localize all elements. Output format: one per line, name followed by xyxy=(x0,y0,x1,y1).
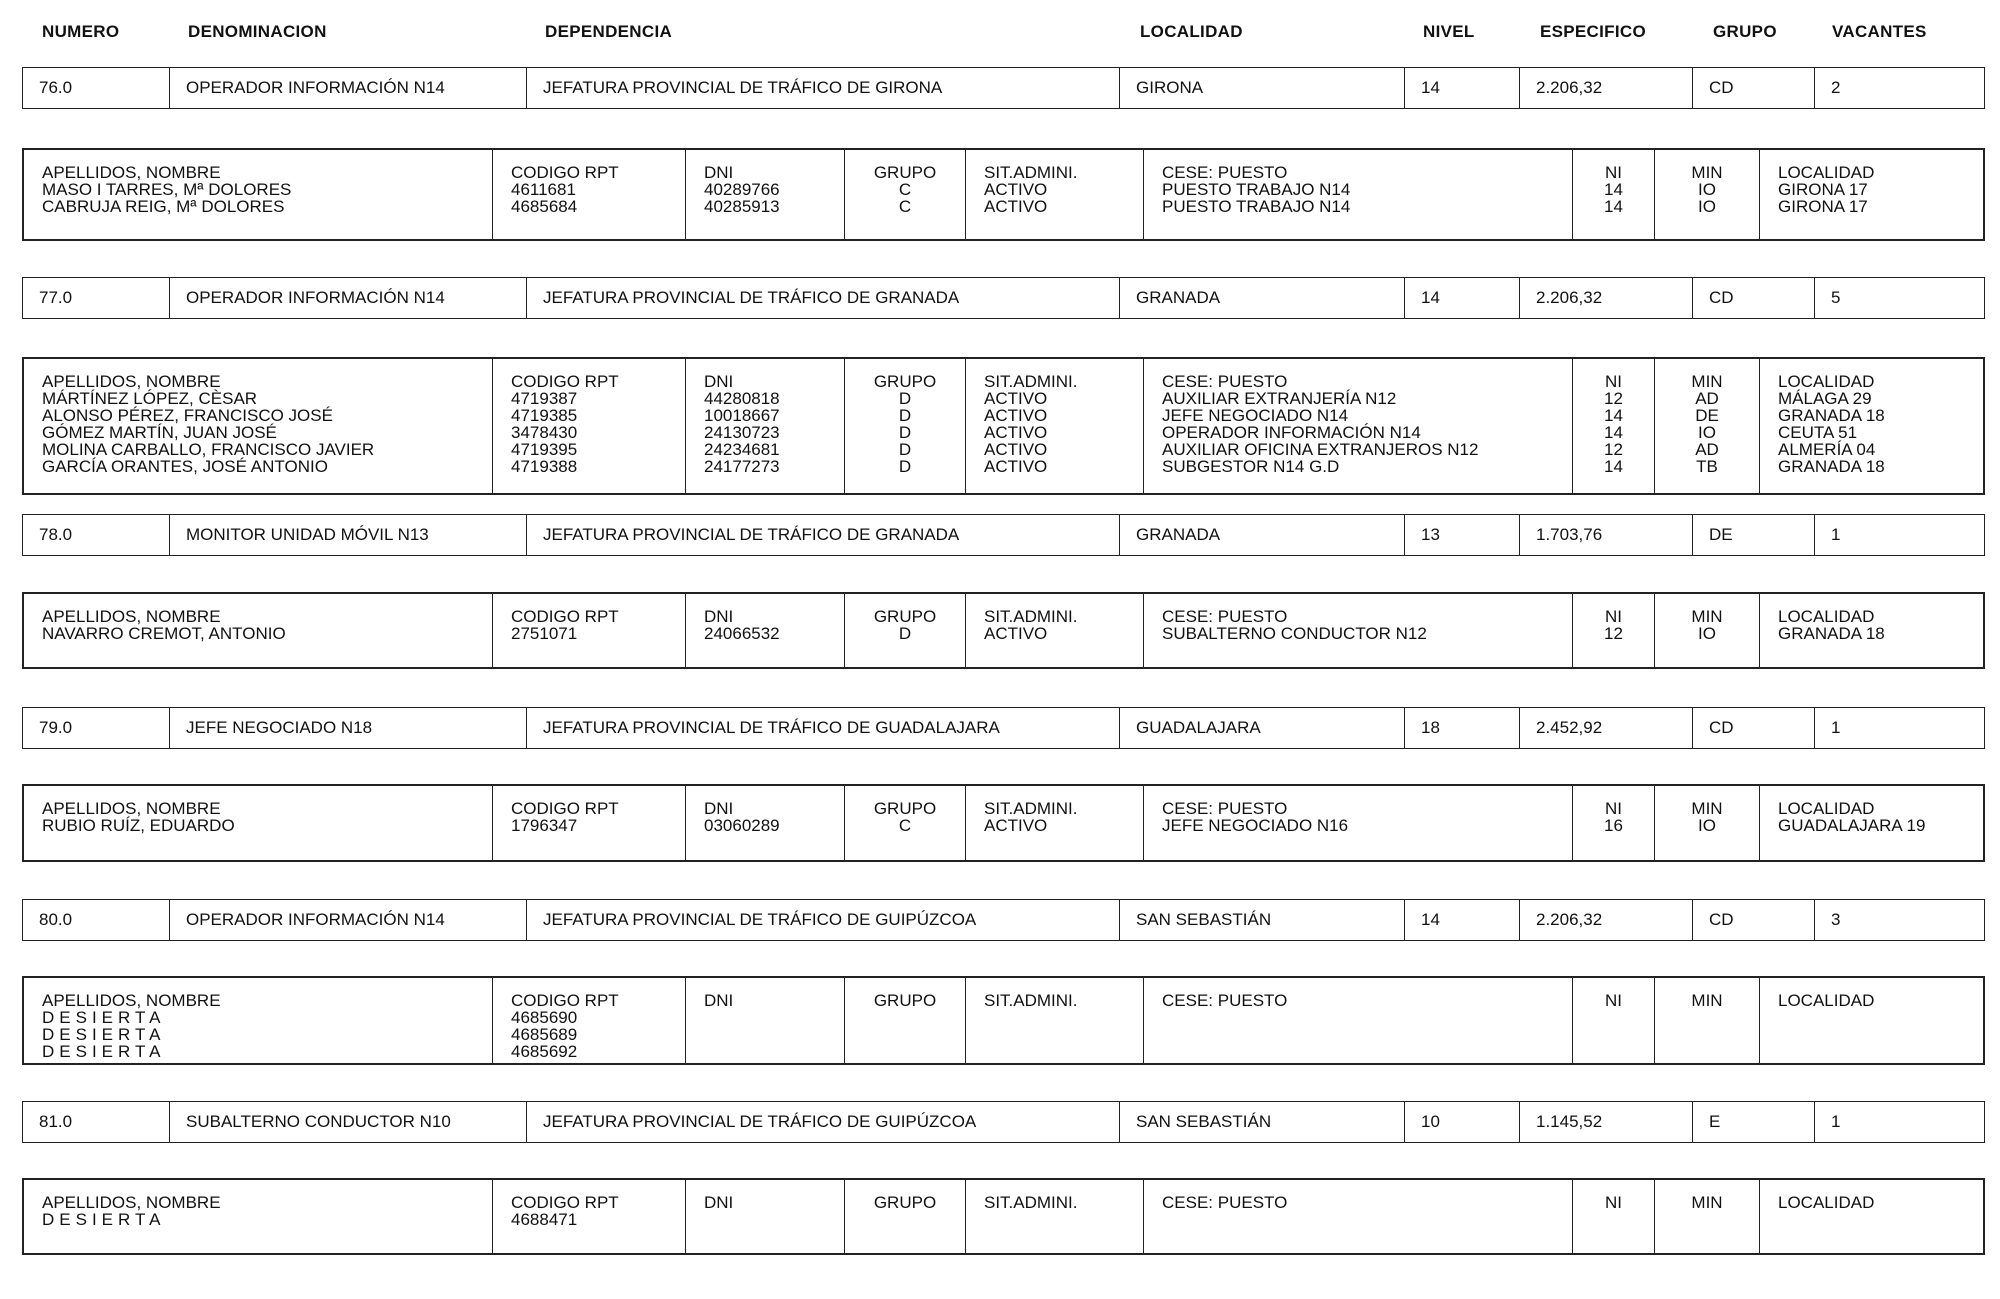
detail-col-grupo: GRUPOC xyxy=(844,786,965,860)
detail-value-min: DE xyxy=(1655,407,1759,424)
detail-col-grupo: GRUPO xyxy=(844,1180,965,1253)
detail-value-localidad: ALMERÍA 04 xyxy=(1778,441,1987,458)
detail-header-sit: SIT.ADMINI. xyxy=(984,164,1143,181)
detail-value-apellidos: DESIERTA xyxy=(42,1026,492,1043)
detail-col-min: MINIOIO xyxy=(1654,150,1759,239)
detail-header-apellidos: APELLIDOS, NOMBRE xyxy=(42,992,492,1009)
job-cell-localidad: SAN SEBASTIÁN xyxy=(1119,1102,1404,1142)
detail-value-apellidos: DESIERTA xyxy=(42,1211,492,1228)
detail-col-cese: CESE: PUESTO xyxy=(1143,1180,1572,1253)
detail-col-apellidos: APELLIDOS, NOMBREMASO I TARRES, Mª DOLOR… xyxy=(24,150,492,239)
detail-header-codigo: CODIGO RPT xyxy=(511,608,685,625)
header-localidad: LOCALIDAD xyxy=(1140,22,1243,42)
detail-header-apellidos: APELLIDOS, NOMBRE xyxy=(42,800,492,817)
detail-value-grupo: D xyxy=(845,390,965,407)
detail-value-codigo: 4688471 xyxy=(511,1211,685,1228)
detail-col-sit: SIT.ADMINI.ACTIVOACTIVO xyxy=(965,150,1143,239)
job-cell-localidad: GRANADA xyxy=(1119,515,1404,555)
detail-value-ni: 14 xyxy=(1573,407,1654,424)
detail-value-cese: JEFE NEGOCIADO N14 xyxy=(1162,407,1572,424)
job-cell-numero: 77.0 xyxy=(23,278,169,318)
job-cell-localidad: GIRONA xyxy=(1119,68,1404,108)
detail-value-localidad: MÁLAGA 29 xyxy=(1778,390,1987,407)
detail-value-cese: PUESTO TRABAJO N14 xyxy=(1162,181,1572,198)
detail-value-ni: 12 xyxy=(1573,441,1654,458)
job-cell-grupo: DE xyxy=(1692,515,1814,555)
job-cell-vacantes: 1 xyxy=(1814,1102,1986,1142)
detail-value-sit: ACTIVO xyxy=(984,407,1143,424)
detail-header-min: MIN xyxy=(1655,373,1759,390)
detail-value-localidad: GRANADA 18 xyxy=(1778,625,1987,642)
detail-value-cese: AUXILIAR EXTRANJERÍA N12 xyxy=(1162,390,1572,407)
detail-value-ni: 12 xyxy=(1573,625,1654,642)
staff-detail-table: APELLIDOS, NOMBRERUBIO RUÍZ, EDUARDOCODI… xyxy=(22,784,1985,862)
detail-header-sit: SIT.ADMINI. xyxy=(984,992,1143,1009)
detail-value-grupo: D xyxy=(845,458,965,475)
job-cell-denominacion: OPERADOR INFORMACIÓN N14 xyxy=(169,68,526,108)
detail-value-ni: 14 xyxy=(1573,198,1654,215)
job-cell-nivel: 14 xyxy=(1404,900,1519,940)
job-cell-numero: 76.0 xyxy=(23,68,169,108)
detail-value-cese: SUBGESTOR N14 G.D xyxy=(1162,458,1572,475)
job-cell-grupo: CD xyxy=(1692,708,1814,748)
detail-value-min: IO xyxy=(1655,424,1759,441)
detail-header-grupo: GRUPO xyxy=(845,992,965,1009)
job-cell-denominacion: OPERADOR INFORMACIÓN N14 xyxy=(169,278,526,318)
detail-header-cese: CESE: PUESTO xyxy=(1162,992,1572,1009)
detail-col-codigo: CODIGO RPT468569046856894685692 xyxy=(492,978,685,1063)
staff-detail-table: APELLIDOS, NOMBREMASO I TARRES, Mª DOLOR… xyxy=(22,148,1985,241)
job-cell-localidad: SAN SEBASTIÁN xyxy=(1119,900,1404,940)
detail-col-codigo: CODIGO RPT4688471 xyxy=(492,1180,685,1253)
header-numero: NUMERO xyxy=(42,22,119,42)
detail-header-codigo: CODIGO RPT xyxy=(511,373,685,390)
job-cell-nivel: 10 xyxy=(1404,1102,1519,1142)
detail-value-cese: PUESTO TRABAJO N14 xyxy=(1162,198,1572,215)
detail-value-sit: ACTIVO xyxy=(984,424,1143,441)
detail-value-grupo: D xyxy=(845,407,965,424)
detail-header-apellidos: APELLIDOS, NOMBRE xyxy=(42,164,492,181)
detail-col-codigo: CODIGO RPT46116814685684 xyxy=(492,150,685,239)
detail-col-sit: SIT.ADMINI.ACTIVO xyxy=(965,786,1143,860)
detail-header-min: MIN xyxy=(1655,608,1759,625)
detail-col-cese: CESE: PUESTOJEFE NEGOCIADO N16 xyxy=(1143,786,1572,860)
job-cell-especifico: 2.206,32 xyxy=(1519,278,1692,318)
detail-header-cese: CESE: PUESTO xyxy=(1162,1194,1572,1211)
detail-header-min: MIN xyxy=(1655,992,1759,1009)
detail-col-codigo: CODIGO RPT471938747193853478430471939547… xyxy=(492,359,685,493)
job-cell-localidad: GRANADA xyxy=(1119,278,1404,318)
detail-header-localidad: LOCALIDAD xyxy=(1778,1194,1987,1211)
job-cell-vacantes: 5 xyxy=(1814,278,1986,318)
detail-header-localidad: LOCALIDAD xyxy=(1778,164,1987,181)
detail-value-dni: 44280818 xyxy=(704,390,844,407)
detail-col-codigo: CODIGO RPT2751071 xyxy=(492,594,685,667)
detail-col-codigo: CODIGO RPT1796347 xyxy=(492,786,685,860)
job-cell-numero: 79.0 xyxy=(23,708,169,748)
detail-header-localidad: LOCALIDAD xyxy=(1778,373,1987,390)
detail-header-sit: SIT.ADMINI. xyxy=(984,1194,1143,1211)
detail-value-localidad: GRANADA 18 xyxy=(1778,458,1987,475)
detail-header-dni: DNI xyxy=(704,608,844,625)
job-cell-especifico: 2.206,32 xyxy=(1519,900,1692,940)
detail-header-localidad: LOCALIDAD xyxy=(1778,992,1987,1009)
job-cell-dependencia: JEFATURA PROVINCIAL DE TRÁFICO DE GIRONA xyxy=(526,68,1119,108)
detail-header-apellidos: APELLIDOS, NOMBRE xyxy=(42,1194,492,1211)
staff-detail-table: APELLIDOS, NOMBREDESIERTACODIGO RPT46884… xyxy=(22,1178,1985,1255)
detail-header-ni: NI xyxy=(1573,800,1654,817)
detail-value-codigo: 1796347 xyxy=(511,817,685,834)
detail-header-min: MIN xyxy=(1655,1194,1759,1211)
job-cell-dependencia: JEFATURA PROVINCIAL DE TRÁFICO DE GUADAL… xyxy=(526,708,1119,748)
detail-header-grupo: GRUPO xyxy=(845,608,965,625)
detail-value-codigo: 4719387 xyxy=(511,390,685,407)
detail-value-codigo: 4719385 xyxy=(511,407,685,424)
detail-header-cese: CESE: PUESTO xyxy=(1162,373,1572,390)
detail-value-cese: AUXILIAR OFICINA EXTRANJEROS N12 xyxy=(1162,441,1572,458)
job-cell-grupo: E xyxy=(1692,1102,1814,1142)
detail-header-ni: NI xyxy=(1573,608,1654,625)
job-cell-especifico: 1.703,76 xyxy=(1519,515,1692,555)
staff-detail-table: APELLIDOS, NOMBREMÁRTÍNEZ LÓPEZ, CÈSARAL… xyxy=(22,357,1985,495)
detail-header-min: MIN xyxy=(1655,164,1759,181)
detail-value-cese: JEFE NEGOCIADO N16 xyxy=(1162,817,1572,834)
detail-header-codigo: CODIGO RPT xyxy=(511,992,685,1009)
detail-value-dni: 24066532 xyxy=(704,625,844,642)
detail-col-dni: DNI03060289 xyxy=(685,786,844,860)
detail-value-grupo: C xyxy=(845,198,965,215)
job-row: 76.0OPERADOR INFORMACIÓN N14JEFATURA PRO… xyxy=(22,67,1985,109)
job-cell-dependencia: JEFATURA PROVINCIAL DE TRÁFICO DE GRANAD… xyxy=(526,515,1119,555)
detail-value-apellidos: NAVARRO CREMOT, ANTONIO xyxy=(42,625,492,642)
job-cell-denominacion: SUBALTERNO CONDUCTOR N10 xyxy=(169,1102,526,1142)
detail-col-dni: DNI xyxy=(685,978,844,1063)
detail-col-ni: NI1414 xyxy=(1572,150,1654,239)
job-cell-grupo: CD xyxy=(1692,278,1814,318)
detail-value-ni: 14 xyxy=(1573,458,1654,475)
detail-value-ni: 14 xyxy=(1573,424,1654,441)
job-row: 77.0OPERADOR INFORMACIÓN N14JEFATURA PRO… xyxy=(22,277,1985,319)
detail-value-min: AD xyxy=(1655,390,1759,407)
detail-value-dni: 24234681 xyxy=(704,441,844,458)
detail-value-apellidos: MASO I TARRES, Mª DOLORES xyxy=(42,181,492,198)
header-especifico: ESPECIFICO xyxy=(1540,22,1646,42)
detail-value-grupo: C xyxy=(845,817,965,834)
detail-col-apellidos: APELLIDOS, NOMBREDESIERTADESIERTADESIERT… xyxy=(24,978,492,1063)
detail-value-apellidos: GÓMEZ MARTÍN, JUAN JOSÉ xyxy=(42,424,492,441)
detail-value-grupo: C xyxy=(845,181,965,198)
detail-header-grupo: GRUPO xyxy=(845,800,965,817)
job-row: 78.0MONITOR UNIDAD MÓVIL N13JEFATURA PRO… xyxy=(22,514,1985,556)
detail-col-grupo: GRUPOD xyxy=(844,594,965,667)
detail-value-apellidos: DESIERTA xyxy=(42,1009,492,1026)
detail-header-dni: DNI xyxy=(704,164,844,181)
detail-value-sit: ACTIVO xyxy=(984,198,1143,215)
detail-header-grupo: GRUPO xyxy=(845,373,965,390)
detail-value-min: IO xyxy=(1655,817,1759,834)
detail-col-sit: SIT.ADMINI. xyxy=(965,1180,1143,1253)
detail-col-cese: CESE: PUESTOSUBALTERNO CONDUCTOR N12 xyxy=(1143,594,1572,667)
detail-value-codigo: 3478430 xyxy=(511,424,685,441)
detail-value-dni: 10018667 xyxy=(704,407,844,424)
job-row: 80.0OPERADOR INFORMACIÓN N14JEFATURA PRO… xyxy=(22,899,1985,941)
detail-header-cese: CESE: PUESTO xyxy=(1162,608,1572,625)
job-cell-numero: 81.0 xyxy=(23,1102,169,1142)
detail-value-dni: 24130723 xyxy=(704,424,844,441)
detail-col-grupo: GRUPOCC xyxy=(844,150,965,239)
detail-col-sit: SIT.ADMINI.ACTIVOACTIVOACTIVOACTIVOACTIV… xyxy=(965,359,1143,493)
detail-col-localidad: LOCALIDADGRANADA 18 xyxy=(1759,594,1987,667)
header-denominacion: DENOMINACION xyxy=(188,22,327,42)
job-cell-dependencia: JEFATURA PROVINCIAL DE TRÁFICO DE GUIPÚZ… xyxy=(526,1102,1119,1142)
job-cell-nivel: 18 xyxy=(1404,708,1519,748)
detail-col-localidad: LOCALIDADGIRONA 17GIRONA 17 xyxy=(1759,150,1987,239)
detail-col-min: MINADDEIOADTB xyxy=(1654,359,1759,493)
detail-header-dni: DNI xyxy=(704,373,844,390)
detail-value-ni: 16 xyxy=(1573,817,1654,834)
job-cell-denominacion: MONITOR UNIDAD MÓVIL N13 xyxy=(169,515,526,555)
detail-col-sit: SIT.ADMINI.ACTIVO xyxy=(965,594,1143,667)
detail-header-cese: CESE: PUESTO xyxy=(1162,164,1572,181)
detail-header-codigo: CODIGO RPT xyxy=(511,1194,685,1211)
detail-value-dni: 40289766 xyxy=(704,181,844,198)
detail-col-ni: NI12 xyxy=(1572,594,1654,667)
detail-header-grupo: GRUPO xyxy=(845,164,965,181)
detail-col-apellidos: APELLIDOS, NOMBRENAVARRO CREMOT, ANTONIO xyxy=(24,594,492,667)
job-cell-numero: 78.0 xyxy=(23,515,169,555)
detail-value-codigo: 4685692 xyxy=(511,1043,685,1060)
job-row: 81.0SUBALTERNO CONDUCTOR N10JEFATURA PRO… xyxy=(22,1101,1985,1143)
detail-value-apellidos: CABRUJA REIG, Mª DOLORES xyxy=(42,198,492,215)
detail-col-grupo: GRUPODDDDD xyxy=(844,359,965,493)
job-cell-vacantes: 1 xyxy=(1814,708,1986,748)
detail-value-dni: 40285913 xyxy=(704,198,844,215)
header-nivel: NIVEL xyxy=(1423,22,1475,42)
detail-value-codigo: 4719388 xyxy=(511,458,685,475)
detail-header-dni: DNI xyxy=(704,1194,844,1211)
detail-value-apellidos: RUBIO RUÍZ, EDUARDO xyxy=(42,817,492,834)
job-cell-dependencia: JEFATURA PROVINCIAL DE TRÁFICO DE GUIPÚZ… xyxy=(526,900,1119,940)
job-cell-especifico: 2.452,92 xyxy=(1519,708,1692,748)
detail-value-ni: 14 xyxy=(1573,181,1654,198)
detail-col-min: MIN xyxy=(1654,1180,1759,1253)
detail-col-min: MINIO xyxy=(1654,594,1759,667)
detail-value-apellidos: MOLINA CARBALLO, FRANCISCO JAVIER xyxy=(42,441,492,458)
detail-col-sit: SIT.ADMINI. xyxy=(965,978,1143,1063)
detail-value-cese: OPERADOR INFORMACIÓN N14 xyxy=(1162,424,1572,441)
detail-col-min: MINIO xyxy=(1654,786,1759,860)
detail-value-min: AD xyxy=(1655,441,1759,458)
detail-value-codigo: 4685690 xyxy=(511,1009,685,1026)
detail-header-codigo: CODIGO RPT xyxy=(511,164,685,181)
detail-value-sit: ACTIVO xyxy=(984,817,1143,834)
detail-value-sit: ACTIVO xyxy=(984,390,1143,407)
job-cell-nivel: 14 xyxy=(1404,68,1519,108)
detail-value-cese: SUBALTERNO CONDUCTOR N12 xyxy=(1162,625,1572,642)
detail-value-dni: 03060289 xyxy=(704,817,844,834)
detail-col-ni: NI16 xyxy=(1572,786,1654,860)
detail-value-apellidos: DESIERTA xyxy=(42,1043,492,1060)
detail-header-min: MIN xyxy=(1655,800,1759,817)
job-cell-vacantes: 2 xyxy=(1814,68,1986,108)
header-grupo: GRUPO xyxy=(1713,22,1777,42)
detail-value-dni: 24177273 xyxy=(704,458,844,475)
detail-col-dni: DNI4028976640285913 xyxy=(685,150,844,239)
detail-value-ni: 12 xyxy=(1573,390,1654,407)
job-cell-vacantes: 1 xyxy=(1814,515,1986,555)
detail-header-sit: SIT.ADMINI. xyxy=(984,373,1143,390)
detail-col-ni: NI1214141214 xyxy=(1572,359,1654,493)
detail-value-sit: ACTIVO xyxy=(984,458,1143,475)
detail-col-cese: CESE: PUESTOPUESTO TRABAJO N14PUESTO TRA… xyxy=(1143,150,1572,239)
detail-value-codigo: 2751071 xyxy=(511,625,685,642)
job-row: 79.0JEFE NEGOCIADO N18JEFATURA PROVINCIA… xyxy=(22,707,1985,749)
detail-col-apellidos: APELLIDOS, NOMBRERUBIO RUÍZ, EDUARDO xyxy=(24,786,492,860)
job-cell-nivel: 13 xyxy=(1404,515,1519,555)
detail-col-localidad: LOCALIDADMÁLAGA 29GRANADA 18CEUTA 51ALME… xyxy=(1759,359,1987,493)
job-cell-especifico: 2.206,32 xyxy=(1519,68,1692,108)
detail-value-grupo: D xyxy=(845,441,965,458)
detail-col-ni: NI xyxy=(1572,978,1654,1063)
detail-col-apellidos: APELLIDOS, NOMBREDESIERTA xyxy=(24,1180,492,1253)
job-cell-vacantes: 3 xyxy=(1814,900,1986,940)
detail-value-sit: ACTIVO xyxy=(984,181,1143,198)
job-cell-numero: 80.0 xyxy=(23,900,169,940)
detail-value-localidad: GIRONA 17 xyxy=(1778,198,1987,215)
detail-header-ni: NI xyxy=(1573,1194,1654,1211)
detail-col-cese: CESE: PUESTOAUXILIAR EXTRANJERÍA N12JEFE… xyxy=(1143,359,1572,493)
detail-value-sit: ACTIVO xyxy=(984,625,1143,642)
detail-value-localidad: GRANADA 18 xyxy=(1778,407,1987,424)
staff-detail-table: APELLIDOS, NOMBREDESIERTADESIERTADESIERT… xyxy=(22,976,1985,1065)
detail-value-localidad: GUADALAJARA 19 xyxy=(1778,817,1987,834)
header-vacantes: VACANTES xyxy=(1832,22,1927,42)
job-cell-dependencia: JEFATURA PROVINCIAL DE TRÁFICO DE GRANAD… xyxy=(526,278,1119,318)
detail-value-apellidos: ALONSO PÉREZ, FRANCISCO JOSÉ xyxy=(42,407,492,424)
detail-value-sit: ACTIVO xyxy=(984,441,1143,458)
detail-value-apellidos: MÁRTÍNEZ LÓPEZ, CÈSAR xyxy=(42,390,492,407)
detail-value-codigo: 4611681 xyxy=(511,181,685,198)
detail-col-dni: DNI24066532 xyxy=(685,594,844,667)
job-cell-denominacion: OPERADOR INFORMACIÓN N14 xyxy=(169,900,526,940)
detail-value-min: IO xyxy=(1655,198,1759,215)
detail-value-codigo: 4719395 xyxy=(511,441,685,458)
detail-col-cese: CESE: PUESTO xyxy=(1143,978,1572,1063)
detail-col-dni: DNI4428081810018667241307232423468124177… xyxy=(685,359,844,493)
job-cell-nivel: 14 xyxy=(1404,278,1519,318)
detail-value-grupo: D xyxy=(845,625,965,642)
detail-header-localidad: LOCALIDAD xyxy=(1778,800,1987,817)
detail-header-cese: CESE: PUESTO xyxy=(1162,800,1572,817)
job-cell-localidad: GUADALAJARA xyxy=(1119,708,1404,748)
detail-header-apellidos: APELLIDOS, NOMBRE xyxy=(42,608,492,625)
detail-value-codigo: 4685684 xyxy=(511,198,685,215)
detail-col-localidad: LOCALIDAD xyxy=(1759,1180,1987,1253)
detail-header-apellidos: APELLIDOS, NOMBRE xyxy=(42,373,492,390)
detail-header-sit: SIT.ADMINI. xyxy=(984,608,1143,625)
detail-header-ni: NI xyxy=(1573,373,1654,390)
detail-value-localidad: CEUTA 51 xyxy=(1778,424,1987,441)
detail-value-grupo: D xyxy=(845,424,965,441)
detail-header-dni: DNI xyxy=(704,800,844,817)
staff-detail-table: APELLIDOS, NOMBRENAVARRO CREMOT, ANTONIO… xyxy=(22,592,1985,669)
detail-col-ni: NI xyxy=(1572,1180,1654,1253)
detail-value-codigo: 4685689 xyxy=(511,1026,685,1043)
detail-header-dni: DNI xyxy=(704,992,844,1009)
detail-header-ni: NI xyxy=(1573,992,1654,1009)
detail-header-grupo: GRUPO xyxy=(845,1194,965,1211)
detail-value-min: IO xyxy=(1655,181,1759,198)
detail-header-localidad: LOCALIDAD xyxy=(1778,608,1987,625)
job-cell-grupo: CD xyxy=(1692,68,1814,108)
detail-header-sit: SIT.ADMINI. xyxy=(984,800,1143,817)
detail-value-min: IO xyxy=(1655,625,1759,642)
detail-value-localidad: GIRONA 17 xyxy=(1778,181,1987,198)
detail-col-dni: DNI xyxy=(685,1180,844,1253)
detail-value-min: TB xyxy=(1655,458,1759,475)
detail-value-apellidos: GARCÍA ORANTES, JOSÉ ANTONIO xyxy=(42,458,492,475)
detail-col-localidad: LOCALIDAD xyxy=(1759,978,1987,1063)
detail-col-min: MIN xyxy=(1654,978,1759,1063)
job-cell-grupo: CD xyxy=(1692,900,1814,940)
detail-header-ni: NI xyxy=(1573,164,1654,181)
detail-col-localidad: LOCALIDADGUADALAJARA 19 xyxy=(1759,786,1987,860)
detail-header-codigo: CODIGO RPT xyxy=(511,800,685,817)
job-cell-especifico: 1.145,52 xyxy=(1519,1102,1692,1142)
detail-col-apellidos: APELLIDOS, NOMBREMÁRTÍNEZ LÓPEZ, CÈSARAL… xyxy=(24,359,492,493)
job-cell-denominacion: JEFE NEGOCIADO N18 xyxy=(169,708,526,748)
detail-col-grupo: GRUPO xyxy=(844,978,965,1063)
header-dependencia: DEPENDENCIA xyxy=(545,22,672,42)
